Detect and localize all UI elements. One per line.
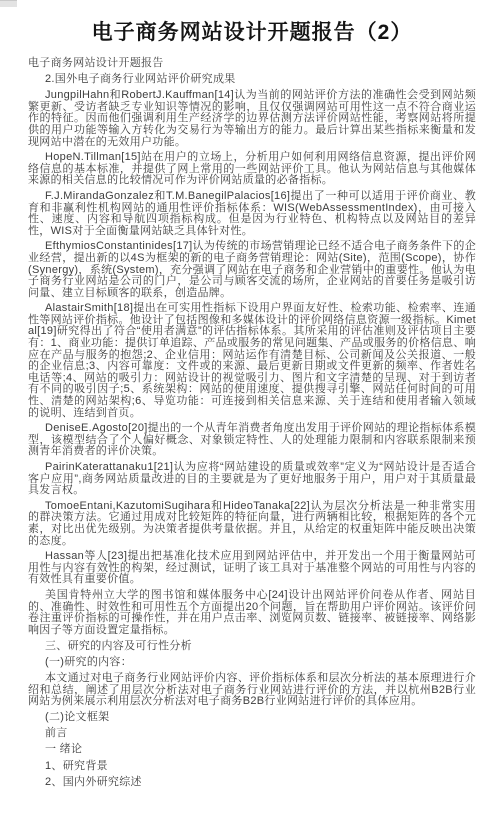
- outline-item: 1、研究背景: [28, 761, 476, 773]
- paragraph: JungpilHahn和RobertJ.Kauffman[14]认为当前的网站评…: [28, 90, 476, 148]
- sub-heading: (二)论文框架: [28, 712, 476, 724]
- paragraph: 本文通过对电子商务行业网站评价内容、评价指标体系和层次分析法的基本原理进行介绍和…: [28, 673, 476, 708]
- sub-heading: (一)研究的内容：: [28, 657, 476, 669]
- outline-item: 一 绪论: [28, 744, 476, 756]
- outline-item: 2、国内外研究综述: [28, 777, 476, 789]
- section-title: 2.国外电子商务行业网站评价研究成果: [28, 74, 476, 86]
- document-page: 电子商务网站设计开题报告（2） 电子商务网站设计开题报告2.国外电子商务行业网站…: [0, 0, 504, 823]
- document-body: 电子商务网站设计开题报告2.国外电子商务行业网站评价研究成果JungpilHah…: [28, 58, 476, 788]
- paragraph: HopeN.Tillman[15]站在用户的立场上，分析用户如何利用网络信息资源…: [28, 152, 476, 187]
- paragraph: DeniseE.Agosto[20]提出的一个从青年消费者角度出发用于评价网站的…: [28, 423, 476, 458]
- paragraph: Hassan等人[23]提出把基准化技术应用到网站评估中，并开发出一个用于衡量网…: [28, 551, 476, 586]
- section-heading: 三、研究的内容及可行性分析: [28, 641, 476, 653]
- paragraph: PairinKaterattanaku1[21]认为应将“网站建设的质量或效率”…: [28, 462, 476, 497]
- paragraph: F.J.MirandaGonzalez和T.M.BanegilPalacios[…: [28, 191, 476, 237]
- scan-artifact: [0, 0, 17, 7]
- paragraph: 美国肯特州立大学的图书馆和媒体服务中心[24]设计出网站评价问卷从作者、网站目的…: [28, 590, 476, 636]
- paragraph: AlastairSmith[18]提出在可实用性指标下设用户界面友好性、检索功能…: [28, 303, 476, 419]
- paragraph: EfthymiosConstantinides[17]认为传统的市场营销理论已经…: [28, 241, 476, 299]
- outline-item: 前言: [28, 728, 476, 740]
- paragraph: TomoeEntani,KazutomiSugihara和HideoTanaka…: [28, 501, 476, 547]
- doc-subtitle: 电子商务网站设计开题报告: [28, 58, 476, 70]
- page-title: 电子商务网站设计开题报告（2）: [28, 20, 476, 45]
